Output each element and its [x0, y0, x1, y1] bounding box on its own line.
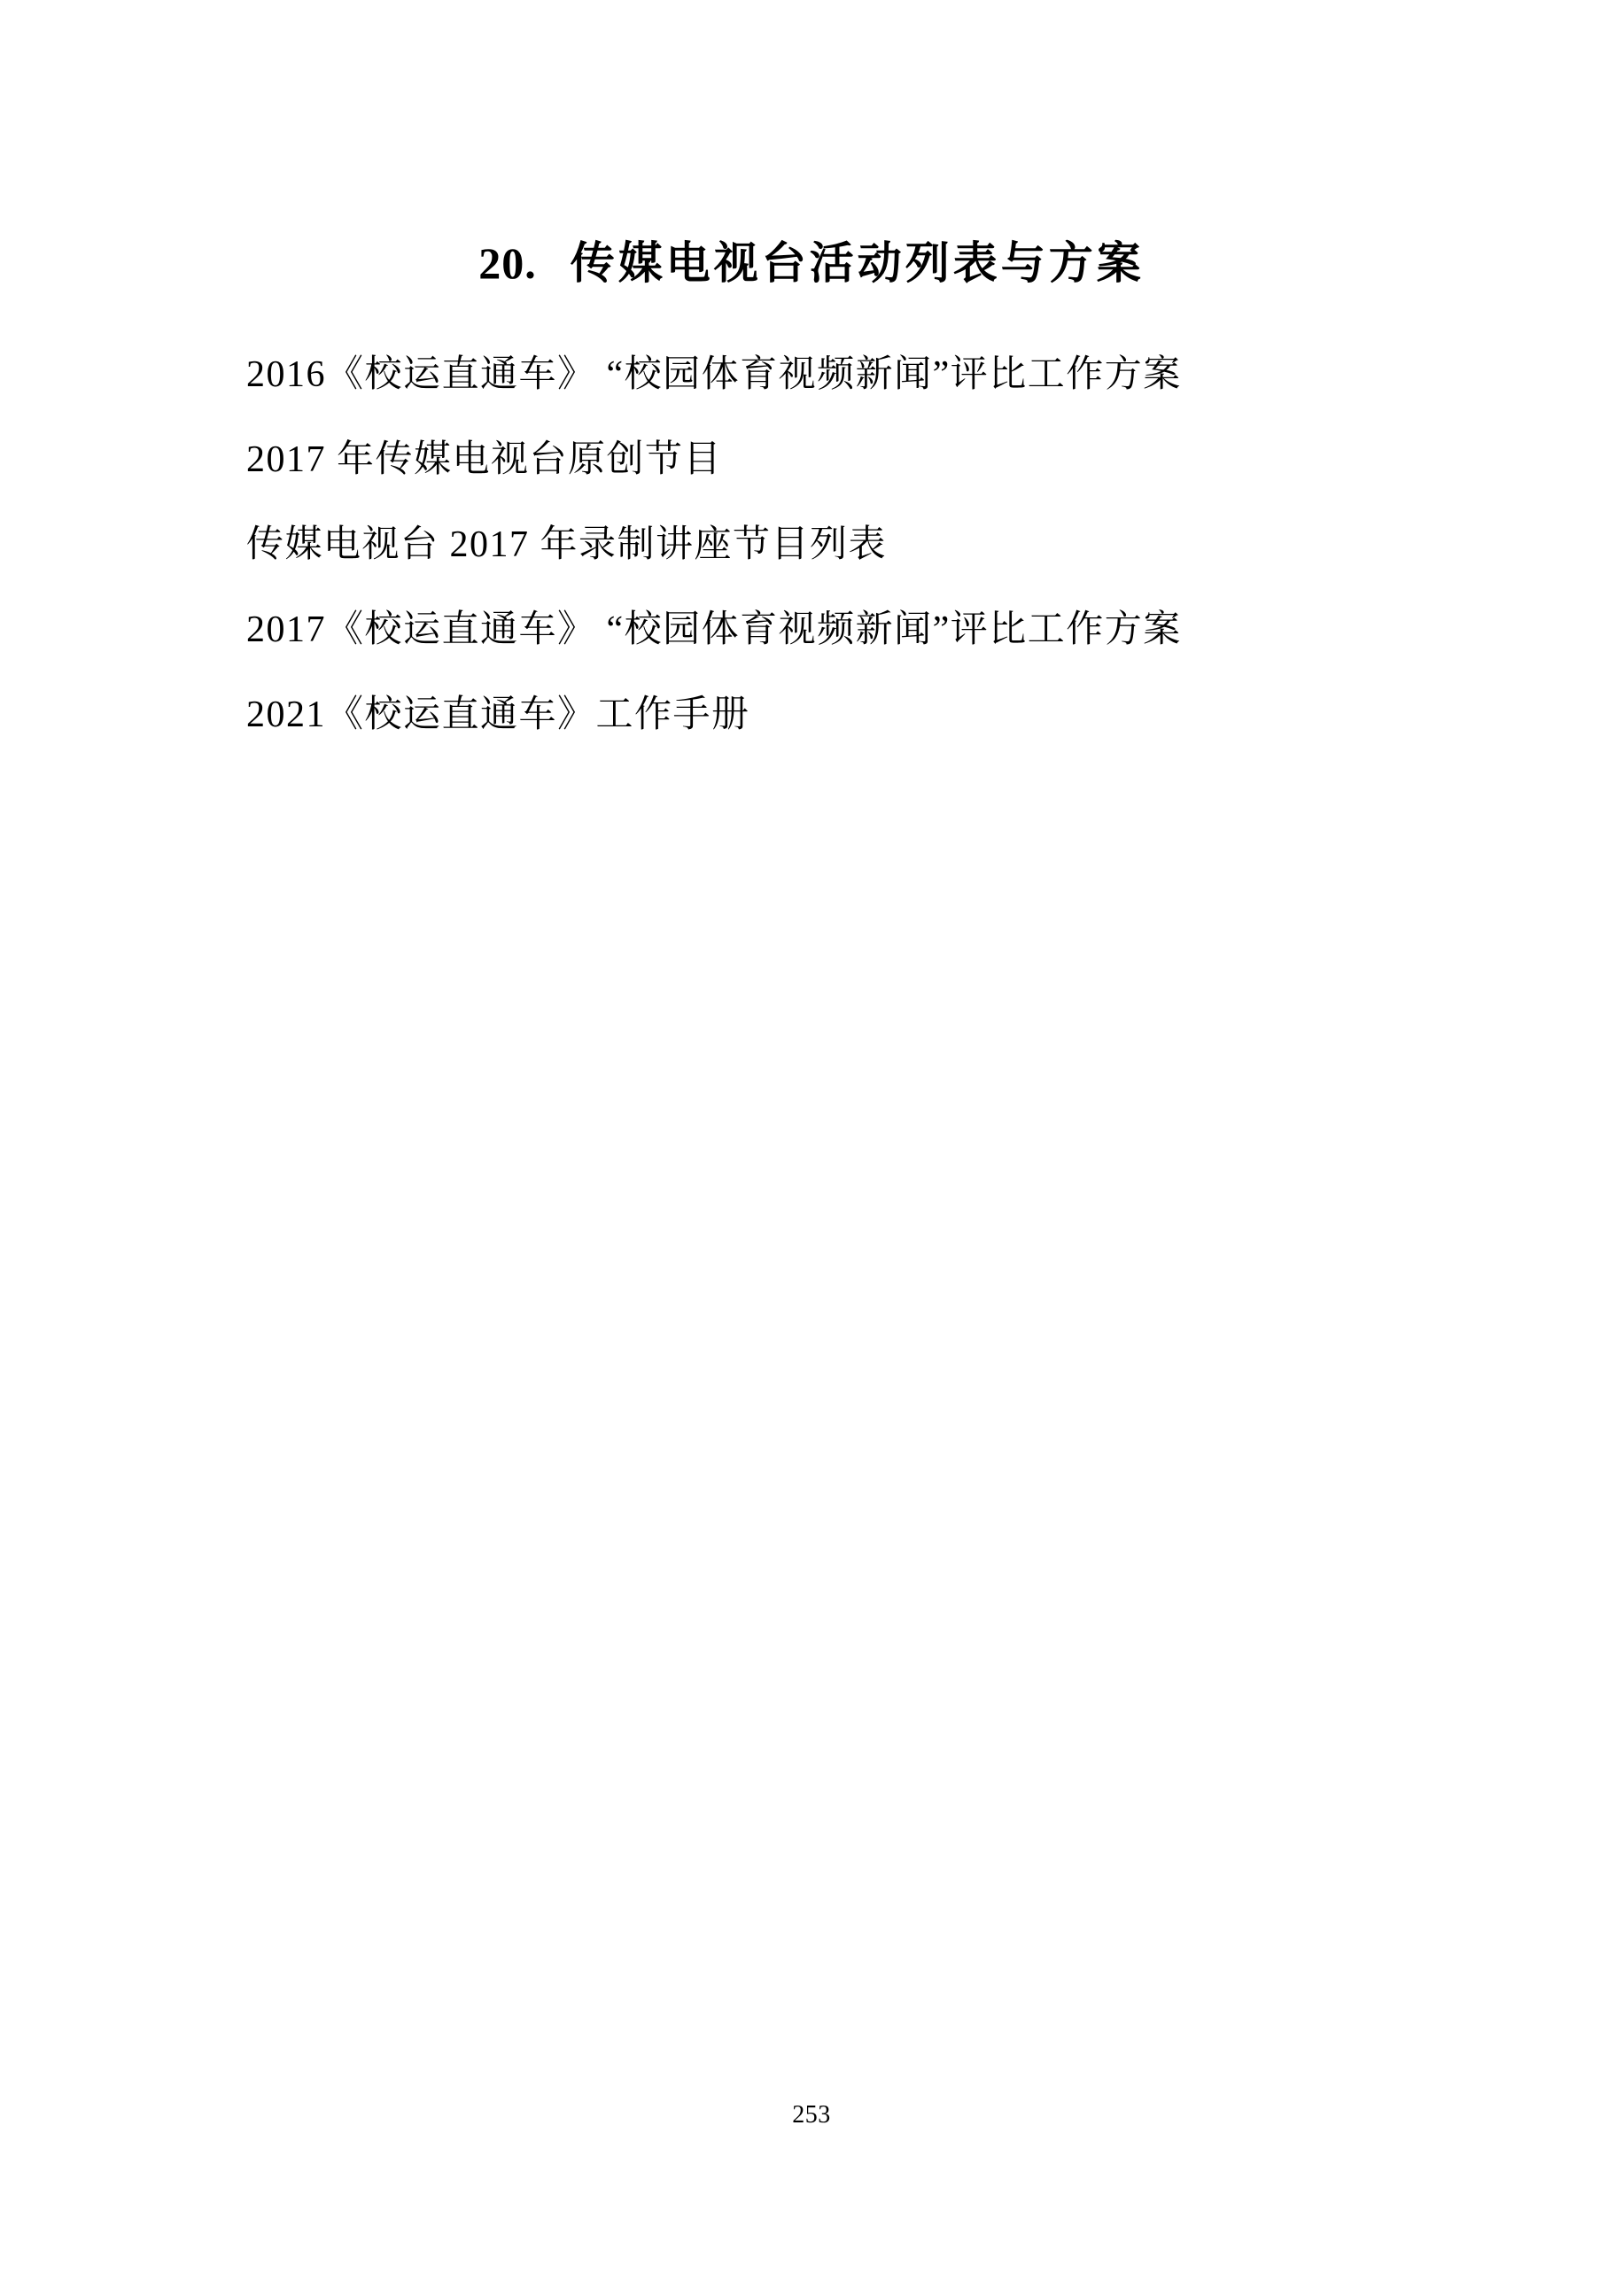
list-item: 2017 年传媒电视台原创节目: [246, 441, 1517, 478]
section-title: 20.传媒电视台活动列表与方案: [0, 239, 1623, 288]
list-item: 传媒电视台 2017 年录制讲座节目列表: [246, 526, 1517, 563]
list-item: 2017《校运直通车》 “校园体育视频新闻”评比工作方案: [246, 611, 1517, 648]
document-page: 20.传媒电视台活动列表与方案 2016《校运直通车》 “校园体育视频新闻”评比…: [0, 0, 1623, 2296]
page-number: 253: [792, 2101, 831, 2129]
list-item: 2016《校运直通车》 “校园体育视频新闻”评比工作方案: [246, 356, 1517, 393]
section-title-text: 传媒电视台活动列表与方案: [571, 238, 1145, 288]
list-item: 2021《校运直通车》工作手册: [246, 696, 1517, 733]
page-footer: 253: [0, 2103, 1623, 2128]
section-number: 20.: [478, 238, 537, 288]
document-item-list: 2016《校运直通车》 “校园体育视频新闻”评比工作方案 2017 年传媒电视台…: [246, 356, 1517, 781]
